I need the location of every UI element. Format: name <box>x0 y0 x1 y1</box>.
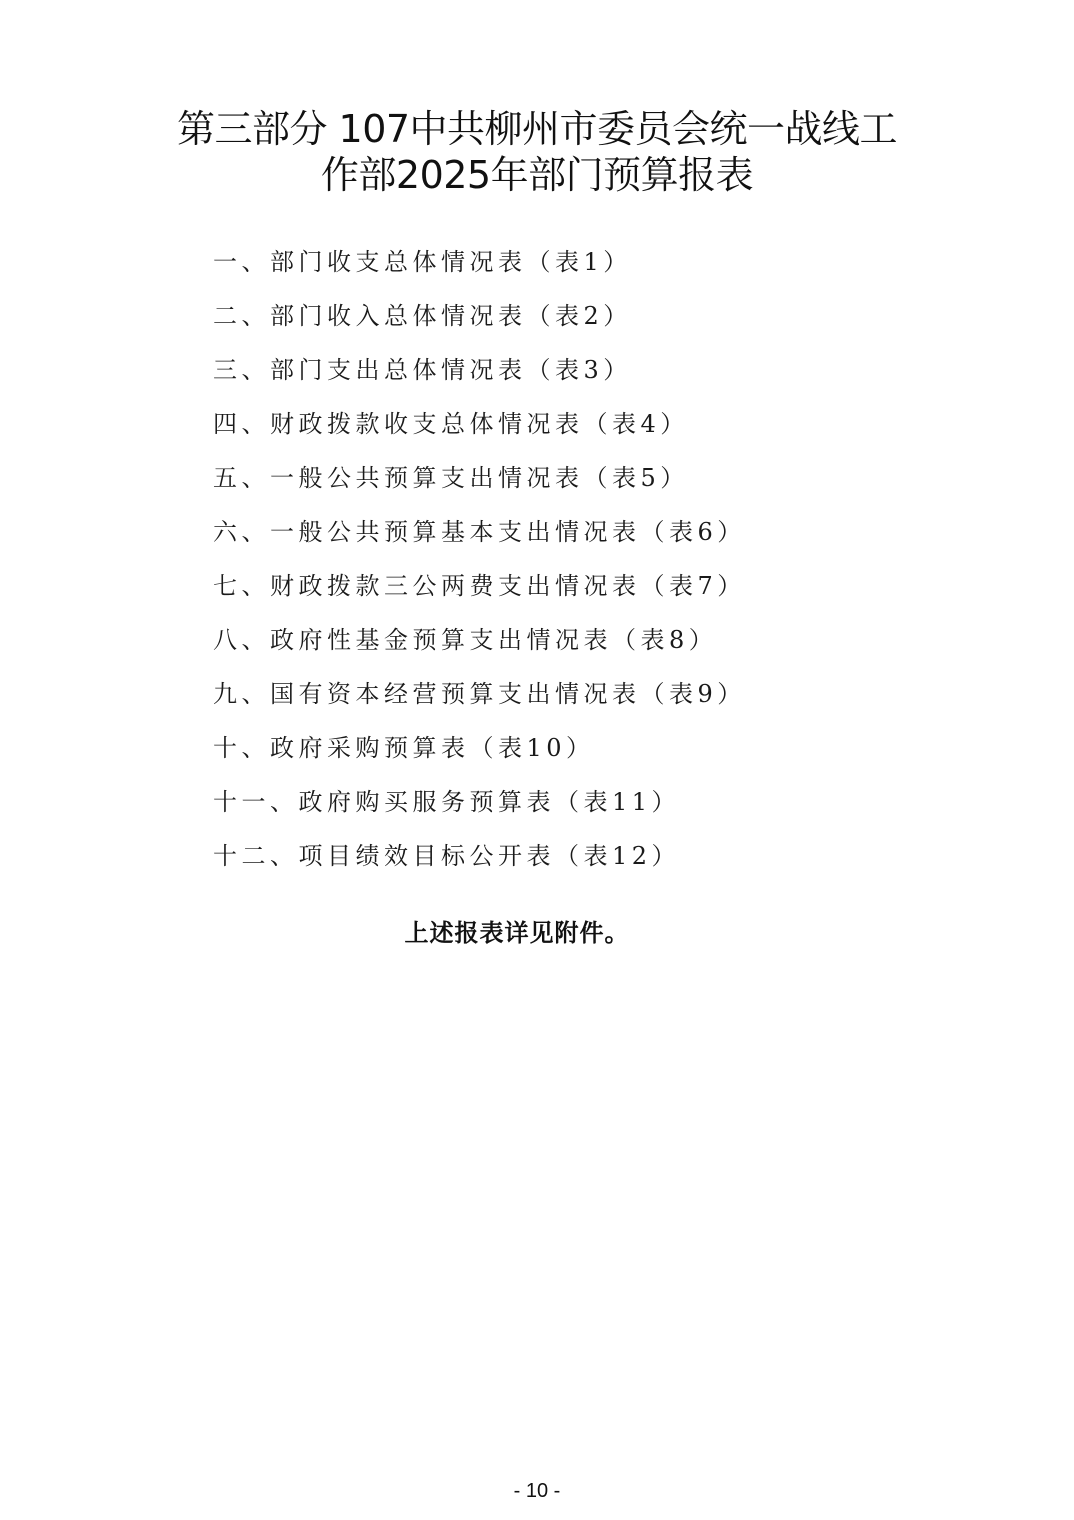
toc-item: 一、部门收支总体情况表（表1） <box>213 240 746 294</box>
toc-item: 五、一般公共预算支出情况表（表5） <box>213 456 746 510</box>
toc-item: 十二、项目绩效目标公开表（表12） <box>213 834 746 888</box>
document-title-line-1: 第三部分 107中共柳州市委员会统一战线工 <box>100 106 974 152</box>
table-of-contents: 一、部门收支总体情况表（表1） 二、部门收入总体情况表（表2） 三、部门支出总体… <box>213 240 746 888</box>
toc-item: 二、部门收入总体情况表（表2） <box>213 294 746 348</box>
toc-item: 七、财政拨款三公两费支出情况表（表7） <box>213 564 746 618</box>
toc-item: 九、国有资本经营预算支出情况表（表9） <box>213 672 746 726</box>
toc-item: 十、政府采购预算表（表10） <box>213 726 746 780</box>
toc-item: 六、一般公共预算基本支出情况表（表6） <box>213 510 746 564</box>
document-title-line-2: 作部2025年部门预算报表 <box>100 152 974 198</box>
toc-item: 十一、政府购买服务预算表（表11） <box>213 780 746 834</box>
attachment-note: 上述报表详见附件。 <box>0 916 1034 950</box>
toc-item: 四、财政拨款收支总体情况表（表4） <box>213 402 746 456</box>
page-number: - 10 - <box>0 1478 1074 1504</box>
toc-item: 八、政府性基金预算支出情况表（表8） <box>213 618 746 672</box>
toc-item: 三、部门支出总体情况表（表3） <box>213 348 746 402</box>
document-title: 第三部分 107中共柳州市委员会统一战线工 作部2025年部门预算报表 <box>100 106 974 198</box>
document-page: 第三部分 107中共柳州市委员会统一战线工 作部2025年部门预算报表 一、部门… <box>0 0 1074 1520</box>
